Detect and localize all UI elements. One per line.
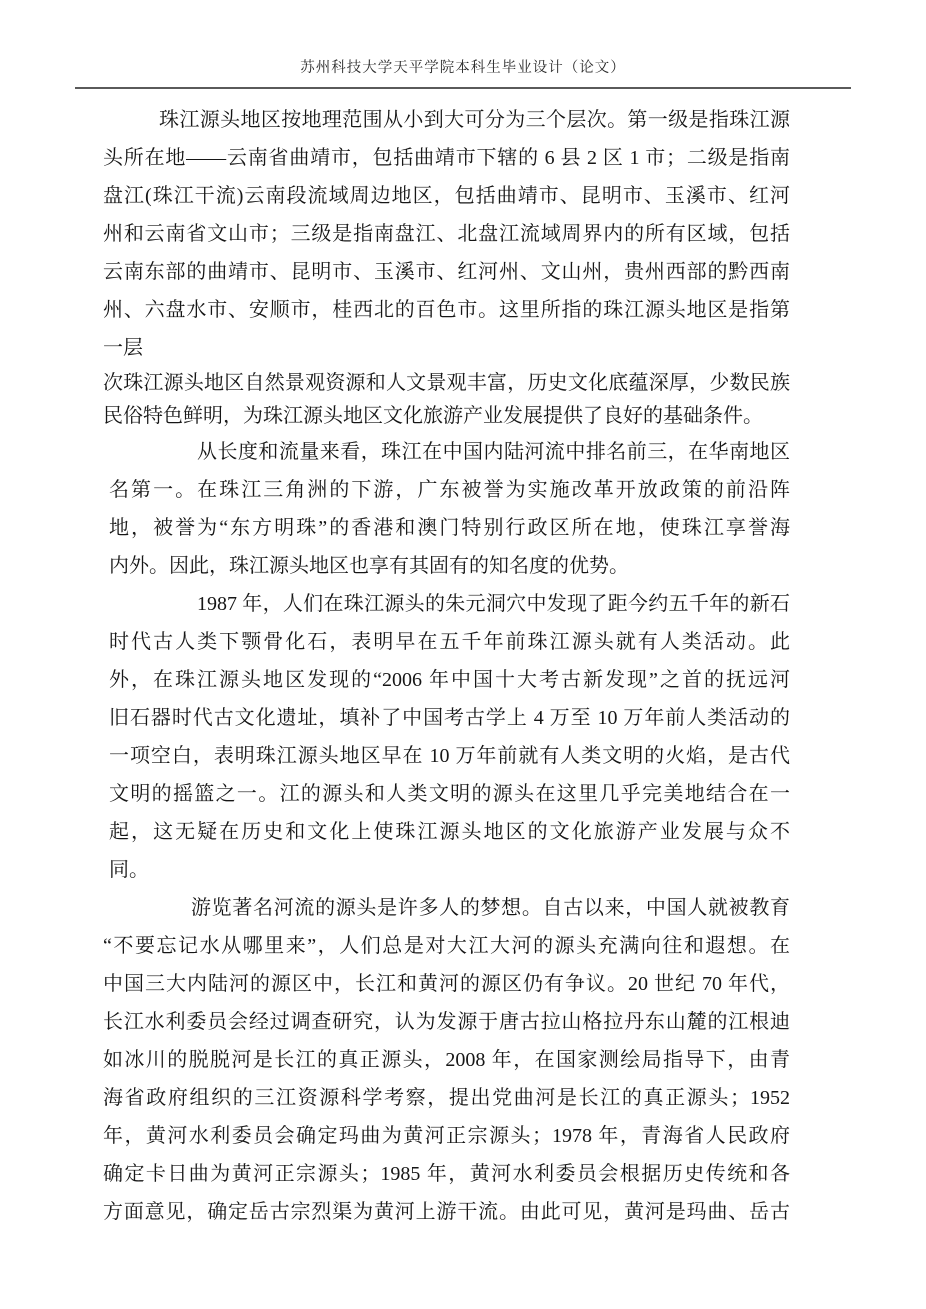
header-divider [75,87,851,89]
text-line: 云南东部的曲靖市、昆明市、玉溪市、红河州、文山州，贵州西部的黔西南 [103,253,790,291]
text-line: 州和云南省文山市；三级是指南盘江、北盘江流域周界内的所有区域，包括 [103,215,790,253]
text-line: 州、六盘水市、安顺市，桂西北的百色市。这里所指的珠江源头地区是指第 [103,291,790,329]
text-line: 从长度和流量来看，珠江在中国内陆河流中排名前三，在华南地区排 [109,433,790,471]
text-line: 1987 年，人们在珠江源头的朱元洞穴中发现了距今约五千年的新石器 [109,585,790,623]
document-body: 珠江源头地区按地理范围从小到大可分为三个层次。第一级是指珠江源 头所在地——云南… [103,101,790,1231]
text-line: 内外。因此，珠江源头地区也享有其固有的知名度的优势。 [109,547,790,585]
text-line: 起，这无疑在历史和文化上使珠江源头地区的文化旅游产业发展与众不 [109,813,790,851]
text-line: 次珠江源头地区自然景观资源和人文景观丰富，历史文化底蕴深厚，少数民族 [103,367,790,400]
text-line: 一项空白，表明珠江源头地区早在 10 万年前就有人类文明的火焰，是古代 [109,737,790,775]
text-line: 旧石器时代古文化遗址，填补了中国考古学上 4 万至 10 万年前人类活动的 [109,699,790,737]
text-line: 盘江(珠江干流)云南段流域周边地区，包括曲靖市、昆明市、玉溪市、红河 [103,177,790,215]
paragraph-2: 从长度和流量来看，珠江在中国内陆河流中排名前三，在华南地区排 名第一。在珠江三角… [103,433,790,585]
page-header: 苏州科技大学天平学院本科生毕业设计（论文） [75,56,851,77]
text-line: 方面意见，确定岳古宗烈渠为黄河上游干流。由此可见，黄河是玛曲、岳古 [103,1193,790,1231]
paragraph-3: 1987 年，人们在珠江源头的朱元洞穴中发现了距今约五千年的新石器 时代古人类下… [103,585,790,889]
text-line: 一层 [103,329,790,367]
text-line: 海省政府组织的三江资源科学考察，提出党曲河是长江的真正源头；1952 [103,1079,790,1117]
document-page: 苏州科技大学天平学院本科生毕业设计（论文） 珠江源头地区按地理范围从小到大可分为… [0,0,926,1309]
text-line: 长江水利委员会经过调查研究，认为发源于唐古拉山格拉丹东山麓的江根迪 [103,1003,790,1041]
text-line: 文明的摇篮之一。江的源头和人类文明的源头在这里几乎完美地结合在一 [109,775,790,813]
text-line: 珠江源头地区按地理范围从小到大可分为三个层次。第一级是指珠江源 [103,101,790,139]
text-line: 名第一。在珠江三角洲的下游，广东被誉为实施改革开放政策的前沿阵 [109,471,790,509]
text-line: 如冰川的脱脱河是长江的真正源头，2008 年，在国家测绘局指导下，由青 [103,1041,790,1079]
text-line: 中国三大内陆河的源区中，长江和黄河的源区仍有争议。20 世纪 70 年代， [103,965,790,1003]
text-line: 同。 [109,851,790,889]
text-line: 年，黄河水利委员会确定玛曲为黄河正宗源头；1978 年，青海省人民政府 [103,1117,790,1155]
text-line: 外，在珠江源头地区发现的“2006 年中国十大考古新发现”之首的抚远河 [109,661,790,699]
text-line: “不要忘记水从哪里来”，人们总是对大江大河的源头充满向往和遐想。在 [103,927,790,965]
paragraph-1: 珠江源头地区按地理范围从小到大可分为三个层次。第一级是指珠江源 头所在地——云南… [103,101,790,367]
text-line: 地，被誉为“东方明珠”的香港和澳门特别行政区所在地，使珠江享誉海 [109,509,790,547]
text-line: 时代古人类下颚骨化石，表明早在五千年前珠江源头就有人类活动。此 [109,623,790,661]
paragraph-4: 游览著名河流的源头是许多人的梦想。自古以来，中国人就被教育要 “不要忘记水从哪里… [103,889,790,1231]
text-line: 头所在地——云南省曲靖市，包括曲靖市下辖的 6 县 2 区 1 市；二级是指南 [103,139,790,177]
page-header-title: 苏州科技大学天平学院本科生毕业设计（论文） [300,60,626,76]
text-line: 民俗特色鲜明，为珠江源头地区文化旅游产业发展提供了良好的基础条件。 [103,400,790,433]
text-line: 确定卡日曲为黄河正宗源头；1985 年，黄河水利委员会根据历史传统和各 [103,1155,790,1193]
text-line: 游览著名河流的源头是许多人的梦想。自古以来，中国人就被教育要 [103,889,790,927]
paragraph-1b: 次珠江源头地区自然景观资源和人文景观丰富，历史文化底蕴深厚，少数民族 民俗特色鲜… [103,367,790,433]
